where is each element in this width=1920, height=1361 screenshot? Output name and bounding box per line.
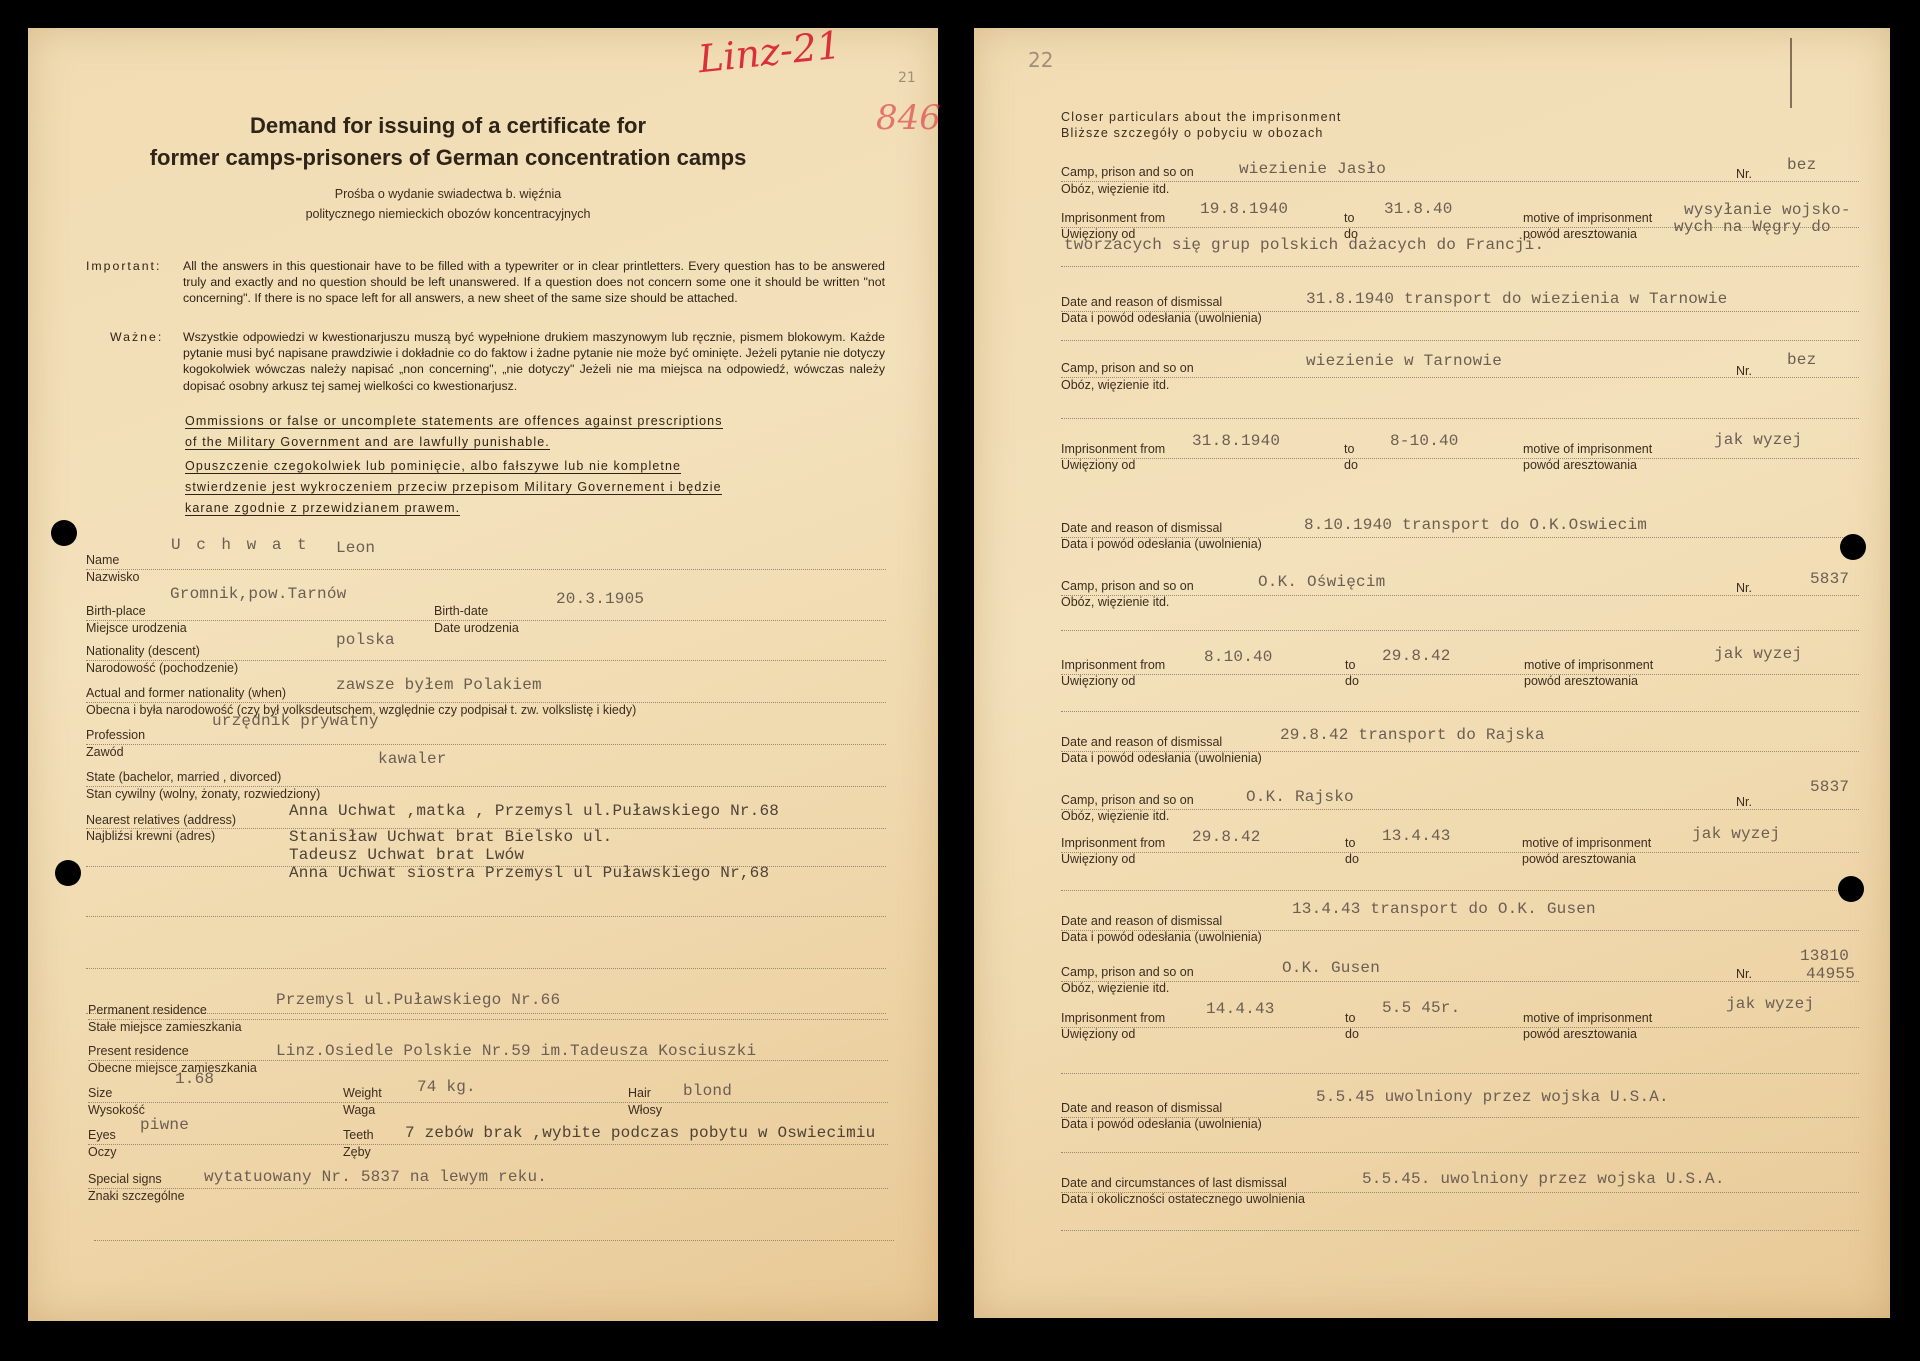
- relatives-label-en: Nearest relatives (address): [86, 813, 236, 828]
- dismissal-value: 29.8.42 transport do Rajska: [1280, 726, 1545, 744]
- camp-label-en: Camp, prison and so on: [1061, 361, 1194, 376]
- from-label-en: Imprisonment from: [1061, 442, 1165, 457]
- warning-pl-line3: karane zgodnie z przewidzianem prawem.: [185, 501, 460, 516]
- punch-hole: [1840, 534, 1866, 560]
- size-label-en: Size: [88, 1086, 112, 1101]
- last-dismissal-label-en: Date and circumstances of last dismissal: [1061, 1176, 1287, 1191]
- dismissal-value: 5.5.45 uwolniony przez wojska U.S.A.: [1316, 1088, 1669, 1106]
- warning-english: Ommissions or false or uncomplete statem…: [185, 411, 887, 453]
- nationality-value: polska: [336, 631, 395, 649]
- dismissal-label-pl: Data i powód odesłania (uwolnienia): [1061, 930, 1262, 945]
- to-label-en: to: [1345, 836, 1355, 851]
- teeth-label-pl: Zęby: [343, 1145, 371, 1160]
- section-heading-en: Closer particulars about the imprisonmen…: [1061, 110, 1342, 125]
- to-label-en: to: [1345, 1011, 1355, 1026]
- actual-nationality-value: zawsze byłem Polakiem: [336, 676, 542, 694]
- from-value: 14.4.43: [1206, 1000, 1275, 1018]
- weight-label-en: Weight: [343, 1086, 382, 1101]
- from-label-en: Imprisonment from: [1061, 211, 1165, 226]
- camp-label-pl: Obóz, więzienie itd.: [1061, 378, 1169, 393]
- important-text: All the answers in this questionair have…: [183, 258, 885, 307]
- dismissal-label-pl: Data i powód odesłania (uwolnienia): [1061, 311, 1262, 326]
- to-label-en: to: [1345, 658, 1355, 673]
- name-label-pl: Nazwisko: [86, 570, 140, 585]
- from-label-pl: Uwięziony od: [1061, 852, 1135, 867]
- permanent-residence-label-pl: Stałe miejsce zamieszkania: [88, 1020, 242, 1035]
- civil-state-label-pl: Stan cywilny (wolny, żonaty, rozwiedzion…: [86, 787, 320, 802]
- profession-label-en: Profession: [86, 728, 145, 743]
- special-signs-value: wytatuowany Nr. 5837 na lewym reku.: [204, 1168, 547, 1186]
- dismissal-label-pl: Data i powód odesłania (uwolnienia): [1061, 751, 1262, 766]
- page-subtitle-line2: politycznego niemieckich obozów koncentr…: [28, 204, 868, 224]
- punch-hole: [55, 860, 81, 886]
- camp-label-en: Camp, prison and so on: [1061, 165, 1194, 180]
- to-value: 29.8.42: [1382, 647, 1451, 665]
- motive-value-cont: wych na Węgry do: [1674, 218, 1831, 236]
- camp-label-pl: Obóz, więzienie itd.: [1061, 182, 1169, 197]
- name-given-value: Leon: [336, 539, 375, 557]
- civil-state-label-en: State (bachelor, married , divorced): [86, 770, 281, 785]
- relative-line: Tadeusz Uchwat brat Lwów: [289, 846, 524, 864]
- motive-label-pl: powód aresztowania: [1523, 458, 1637, 473]
- nr-value: bez: [1787, 156, 1816, 174]
- teeth-value: 7 zebów brak ,wybite podczas pobytu w Os…: [405, 1124, 875, 1142]
- eyes-label-en: Eyes: [88, 1128, 116, 1143]
- motive-label-en: motive of imprisonment: [1523, 442, 1652, 457]
- to-label-pl: do: [1344, 458, 1358, 473]
- birth-date-label-pl: Date urodzenia: [434, 621, 519, 636]
- right-page: 22 Closer particulars about the imprison…: [974, 28, 1890, 1318]
- dismissal-label-en: Date and reason of dismissal: [1061, 521, 1222, 536]
- nationality-label-pl: Narodowość (pochodzenie): [86, 661, 238, 676]
- warning-en-line2: of the Military Government and are lawfu…: [185, 435, 550, 450]
- section-heading-pl: Bliższe szczegóły o pobyciu w obozach: [1061, 126, 1324, 141]
- weight-value: 74 kg.: [417, 1078, 476, 1096]
- motive-label-en: motive of imprisonment: [1524, 658, 1653, 673]
- eyes-label-pl: Oczy: [88, 1145, 116, 1160]
- page-title-line1: Demand for issuing of a certificate for: [28, 110, 868, 142]
- present-residence-value: Linz.Osiedle Polskie Nr.59 im.Tadeusza K…: [276, 1042, 756, 1060]
- from-label-pl: Uwięziony od: [1061, 1027, 1135, 1042]
- from-label-pl: Uwięziony od: [1061, 458, 1135, 473]
- nr-value: 5837: [1810, 778, 1849, 796]
- dismissal-label-pl: Data i powód odesłania (uwolnienia): [1061, 1117, 1262, 1132]
- to-label-pl: do: [1345, 852, 1359, 867]
- motive-value: jak wyzej: [1714, 431, 1802, 449]
- teeth-label-en: Teeth: [343, 1128, 374, 1143]
- motive-label-en: motive of imprisonment: [1523, 211, 1652, 226]
- dismissal-label-en: Date and reason of dismissal: [1061, 735, 1222, 750]
- nr-value: 5837: [1810, 570, 1849, 588]
- weight-label-pl: Waga: [343, 1103, 375, 1118]
- motive-value: wysyłanie wojsko-: [1684, 201, 1851, 219]
- camp-value: O.K. Rajsko: [1246, 788, 1354, 806]
- red-handwritten-number: 846: [876, 98, 941, 138]
- red-handwritten-annotation: Linz-21: [696, 23, 843, 82]
- from-value: 19.8.1940: [1200, 200, 1288, 218]
- permanent-residence-label-en: Permanent residence: [88, 1003, 207, 1018]
- wazne-text: Wszystkie odpowiedzi w kwestionarjuszu m…: [183, 329, 885, 394]
- relatives-label-pl: Najbliźsi krewni (adres): [86, 829, 215, 844]
- dismissal-value: 13.4.43 transport do O.K. Gusen: [1292, 900, 1596, 918]
- dismissal-label-en: Date and reason of dismissal: [1061, 295, 1222, 310]
- relative-line: Anna Uchwat siostra Przemysl ul Puławski…: [289, 864, 769, 882]
- dismissal-label-en: Date and reason of dismissal: [1061, 1101, 1222, 1116]
- profession-value: urzędnik prywatny: [212, 712, 379, 730]
- pencil-page-number: 22: [1028, 48, 1053, 72]
- motive-value: jak wyzej: [1726, 995, 1814, 1013]
- eyes-value: piwne: [140, 1116, 189, 1134]
- warning-pl-line1: Opuszczenie czegokolwiek lub pominięcie,…: [185, 459, 681, 474]
- permanent-residence-value: Przemysl ul.Puławskiego Nr.66: [276, 991, 560, 1009]
- motive-label-pl: powód aresztowania: [1522, 852, 1636, 867]
- to-value: 13.4.43: [1382, 827, 1451, 845]
- birth-place-label-en: Birth-place: [86, 604, 146, 619]
- camp-label-en: Camp, prison and so on: [1061, 793, 1194, 808]
- camp-label-pl: Obóz, więzienie itd.: [1061, 809, 1169, 824]
- dismissal-value: 8.10.1940 transport do O.K.Oswiecim: [1304, 516, 1647, 534]
- from-label-en: Imprisonment from: [1061, 836, 1165, 851]
- birth-date-value: 20.3.1905: [556, 590, 644, 608]
- to-label-pl: do: [1345, 1027, 1359, 1042]
- warning-en-line1: Ommissions or false or uncomplete statem…: [185, 414, 723, 429]
- nationality-label-en: Nationality (descent): [86, 644, 200, 659]
- camp-value: O.K. Gusen: [1282, 959, 1380, 977]
- to-value: 8-10.40: [1390, 432, 1459, 450]
- from-label-en: Imprisonment from: [1061, 658, 1165, 673]
- motive-label-pl: powód aresztowania: [1524, 674, 1638, 689]
- motive-label-en: motive of imprisonment: [1523, 1011, 1652, 1026]
- size-label-pl: Wysokość: [88, 1103, 145, 1118]
- birth-date-label-en: Birth-date: [434, 604, 488, 619]
- dismissal-label-pl: Data i powód odesłania (uwolnienia): [1061, 537, 1262, 552]
- relative-line: Anna Uchwat ,matka , Przemysl ul.Puławsk…: [289, 802, 779, 820]
- last-dismissal-value: 5.5.45. uwolniony przez wojska U.S.A.: [1362, 1170, 1725, 1188]
- page-title-line2: former camps-prisoners of German concent…: [28, 142, 868, 174]
- from-label-en: Imprisonment from: [1061, 1011, 1165, 1026]
- actual-nationality-label-en: Actual and former nationality (when): [86, 686, 286, 701]
- to-label-en: to: [1344, 211, 1354, 226]
- present-residence-label-en: Present residence: [88, 1044, 189, 1059]
- pencil-page-number: 21: [898, 70, 916, 86]
- nr-value: bez: [1787, 351, 1816, 369]
- punch-hole: [1838, 876, 1864, 902]
- nr-label: Nr.: [1736, 967, 1752, 982]
- dismissal-label-en: Date and reason of dismissal: [1061, 914, 1222, 929]
- size-value: 1.68: [175, 1070, 214, 1088]
- nr-label: Nr.: [1736, 167, 1752, 182]
- special-signs-label-en: Special signs: [88, 1172, 162, 1187]
- motive-label-en: motive of imprisonment: [1522, 836, 1651, 851]
- motive-value: jak wyzej: [1692, 825, 1780, 843]
- dismissal-value: 31.8.1940 transport do wiezienia w Tarno…: [1306, 290, 1727, 308]
- hair-label-pl: Włosy: [628, 1103, 662, 1118]
- to-label-en: to: [1344, 442, 1354, 457]
- motive-value-cont: tworzacych się grup polskich dażacych do…: [1064, 236, 1544, 254]
- camp-value: O.K. Oświęcim: [1258, 573, 1385, 591]
- camp-label-pl: Obóz, więzienie itd.: [1061, 595, 1169, 610]
- nr-label: Nr.: [1736, 581, 1752, 596]
- camp-label-pl: Obóz, więzienie itd.: [1061, 981, 1169, 996]
- from-value: 29.8.42: [1192, 828, 1261, 846]
- from-value: 31.8.1940: [1192, 432, 1280, 450]
- hair-label-en: Hair: [628, 1086, 651, 1101]
- profession-label-pl: Zawód: [86, 745, 124, 760]
- camp-label-en: Camp, prison and so on: [1061, 579, 1194, 594]
- hair-value: blond: [683, 1082, 732, 1100]
- present-residence-label-pl: Obecne miejsce zamieszkania: [88, 1061, 257, 1076]
- wazne-label: Ważne:: [110, 329, 163, 345]
- page-subtitle-line1: Prośba o wydanie swiadectwa b. więźnia: [28, 184, 868, 204]
- name-label-en: Name: [86, 553, 119, 568]
- punch-hole: [51, 520, 77, 546]
- camp-value: wiezienie Jasło: [1239, 160, 1386, 178]
- special-signs-label-pl: Znaki szczególne: [88, 1189, 185, 1204]
- to-value: 31.8.40: [1384, 200, 1453, 218]
- warning-pl-line2: stwierdzenie jest wykroczeniem przeciw p…: [185, 480, 722, 495]
- important-label: Important:: [86, 258, 161, 274]
- birth-place-value: Gromnik,pow.Tarnów: [170, 585, 346, 603]
- motive-value: jak wyzej: [1714, 645, 1802, 663]
- to-value: 5.5 45r.: [1382, 999, 1460, 1017]
- relative-line: Stanisław Uchwat brat Bielsko ul.: [289, 828, 612, 846]
- last-dismissal-label-pl: Data i okoliczności ostatecznego uwolnie…: [1061, 1192, 1305, 1207]
- name-surname-value: U c h w a t: [171, 536, 310, 554]
- nr-label: Nr.: [1736, 795, 1752, 810]
- warning-polish: Opuszczenie czegokolwiek lub pominięcie,…: [185, 456, 887, 519]
- camp-value: wiezienie w Tarnowie: [1306, 352, 1502, 370]
- nr-value: 13810: [1800, 947, 1849, 965]
- birth-place-label-pl: Miejsce urodzenia: [86, 621, 187, 636]
- from-label-pl: Uwięziony od: [1061, 674, 1135, 689]
- camp-label-en: Camp, prison and so on: [1061, 965, 1194, 980]
- from-value: 8.10.40: [1204, 648, 1273, 666]
- to-label-pl: do: [1345, 674, 1359, 689]
- left-page: Linz-21 21 846 Demand for issuing of a c…: [28, 28, 938, 1321]
- civil-state-value: kawaler: [378, 750, 447, 768]
- motive-label-pl: powód aresztowania: [1523, 1027, 1637, 1042]
